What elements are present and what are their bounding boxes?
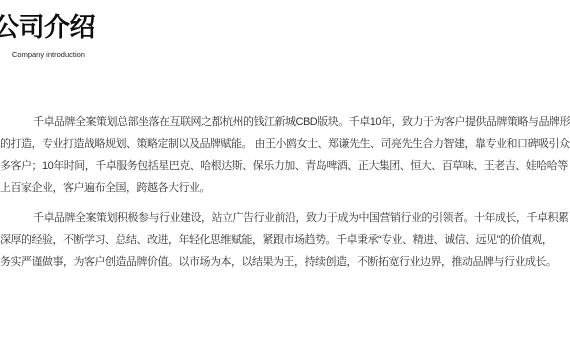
page-subtitle: Company introduction xyxy=(12,50,85,59)
paragraph-line: 深厚的经验，不断学习、总结、改进，年轻化思维赋能，紧跟市场趋势。千卓秉承“专业、… xyxy=(0,229,570,251)
paragraph-line: 千卓品牌全案策划积极参与行业建设，站立广告行业前沿，致力于成为中国营销行业的引领… xyxy=(0,207,570,229)
intro-text: 千卓品牌全案策划总部坐落在互联网之都杭州的钱江新城CBD版块。千卓10年，致力于… xyxy=(0,111,570,273)
paragraph-line: 务实严谨做事，为客户创造品牌价值。以市场为本，以结果为王，持续创造，不断拓宽行业… xyxy=(0,251,570,273)
intro-paragraph-1: 千卓品牌全案策划总部坐落在互联网之都杭州的钱江新城CBD版块。千卓10年，致力于… xyxy=(0,111,570,199)
intro-paragraph-2: 千卓品牌全案策划积极参与行业建设，站立广告行业前沿，致力于成为中国营销行业的引领… xyxy=(0,207,570,273)
paragraph-line: 上百家企业，客户遍布全国，跨越各大行业。 xyxy=(0,177,570,199)
paragraph-line: 的打造，专业打造战略规划、策略定制以及品牌赋能。 由王小鸥女士、郑谦先生、司亮先… xyxy=(0,133,570,155)
company-intro-page: 公司介绍 Company introduction 千卓品牌全案策划总部坐落在互… xyxy=(0,0,570,360)
paragraph-line: 多客户；10年时间，千卓服务包括星巴克、哈根达斯、保乐力加、青岛啤酒、正大集团、… xyxy=(0,155,570,177)
page-title: 公司介绍 xyxy=(0,13,95,43)
paragraph-line: 千卓品牌全案策划总部坐落在互联网之都杭州的钱江新城CBD版块。千卓10年，致力于… xyxy=(0,111,570,133)
